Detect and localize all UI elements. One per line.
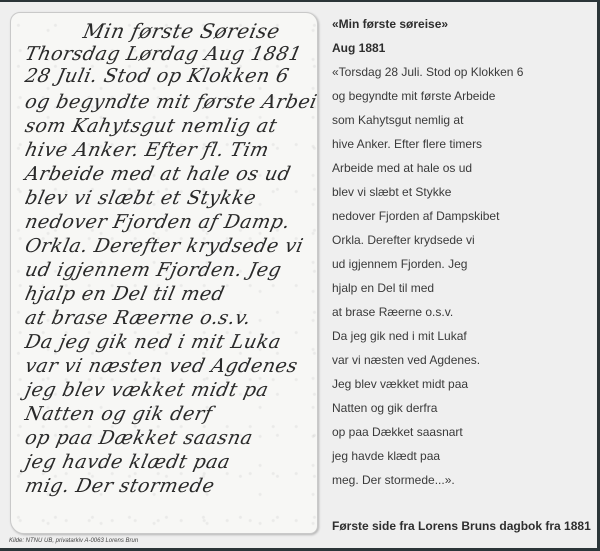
- transcript-line: ud igjennem Fjorden. Jeg: [332, 252, 594, 276]
- manuscript-line: blev vi slæbt et Stykke: [23, 187, 258, 209]
- manuscript-line: var vi næsten ved Agdenes: [23, 355, 300, 377]
- transcript-line: Orkla. Derefter krydsede vi: [332, 228, 594, 252]
- manuscript-line: Arbeide med at hale os ud: [23, 163, 293, 185]
- manuscript-scan: Min første Søreise Thorsdag Lørdag Aug 1…: [10, 12, 318, 534]
- manuscript-line: jeg havde klædt paa: [23, 451, 232, 473]
- transcript-line: var vi næsten ved Agdenes.: [332, 348, 594, 372]
- transcript-date: Aug 1881: [332, 36, 594, 60]
- transcript-line: Natten og gik derfra: [332, 396, 594, 420]
- transcript-line: Jeg blev vækket midt paa: [332, 372, 594, 396]
- manuscript-line: Thorsdag Lørdag Aug 1881: [23, 43, 304, 65]
- manuscript-line: nedover Fjorden af Damp.: [23, 211, 292, 233]
- manuscript-line: Natten og gik derf: [23, 403, 214, 425]
- transcript-line: jeg havde klædt paa: [332, 444, 594, 468]
- manuscript-line: hjalp en Del til med: [23, 283, 227, 305]
- transcript-line: som Kahytsgut nemlig at: [332, 108, 594, 132]
- transcript-line: nedover Fjorden af Dampskibet: [332, 204, 594, 228]
- manuscript-line: Orkla. Derefter krydsede vi: [23, 235, 305, 257]
- document-frame: Min første Søreise Thorsdag Lørdag Aug 1…: [0, 2, 597, 548]
- manuscript-line: og begyndte mit første Arbei: [23, 91, 318, 113]
- transcript-line: og begyndte mit første Arbeide: [332, 84, 594, 108]
- manuscript-line: Da jeg gik ned i mit Luka: [23, 331, 283, 353]
- transcript-line: Da jeg gik ned i mit Lukaf: [332, 324, 594, 348]
- manuscript-line: 28 Juli. Stod op Klokken 6: [23, 65, 291, 87]
- transcription-column: «Min første søreise» Aug 1881 «Torsdag 2…: [332, 12, 594, 492]
- transcript-line: hjalp en Del til med: [332, 276, 594, 300]
- manuscript-line: ud igjennem Fjorden. Jeg: [23, 259, 284, 281]
- manuscript-title: Min første Søreise: [81, 19, 282, 43]
- manuscript-line: at brase Ræerne o.s.v.: [23, 307, 253, 329]
- transcript-line: meg. Der stormede...».: [332, 468, 594, 492]
- manuscript-line: mig. Der stormede: [23, 475, 217, 497]
- transcript-line: Arbeide med at hale os ud: [332, 156, 594, 180]
- transcript-title: «Min første søreise»: [332, 12, 594, 36]
- manuscript-line: jeg blev vækket midt pa: [23, 379, 271, 401]
- transcript-line: op paa Dækket saasnart: [332, 420, 594, 444]
- transcript-footer: Første side fra Lorens Bruns dagbok fra …: [332, 519, 591, 533]
- transcript-line: blev vi slæbt et Stykke: [332, 180, 594, 204]
- transcript-line: at brase Ræerne o.s.v.: [332, 300, 594, 324]
- manuscript-line: hive Anker. Efter fl. Tim: [23, 139, 271, 161]
- source-caption: Kilde: NTNU UB, privatarkiv A-0063 Loren…: [9, 538, 138, 544]
- manuscript-line: som Kahytsgut nemlig at: [23, 115, 279, 137]
- transcript-line: «Torsdag 28 Juli. Stod op Klokken 6: [332, 60, 594, 84]
- transcript-line: hive Anker. Efter flere timers: [332, 132, 594, 156]
- manuscript-line: op paa Dækket saasna: [23, 427, 255, 449]
